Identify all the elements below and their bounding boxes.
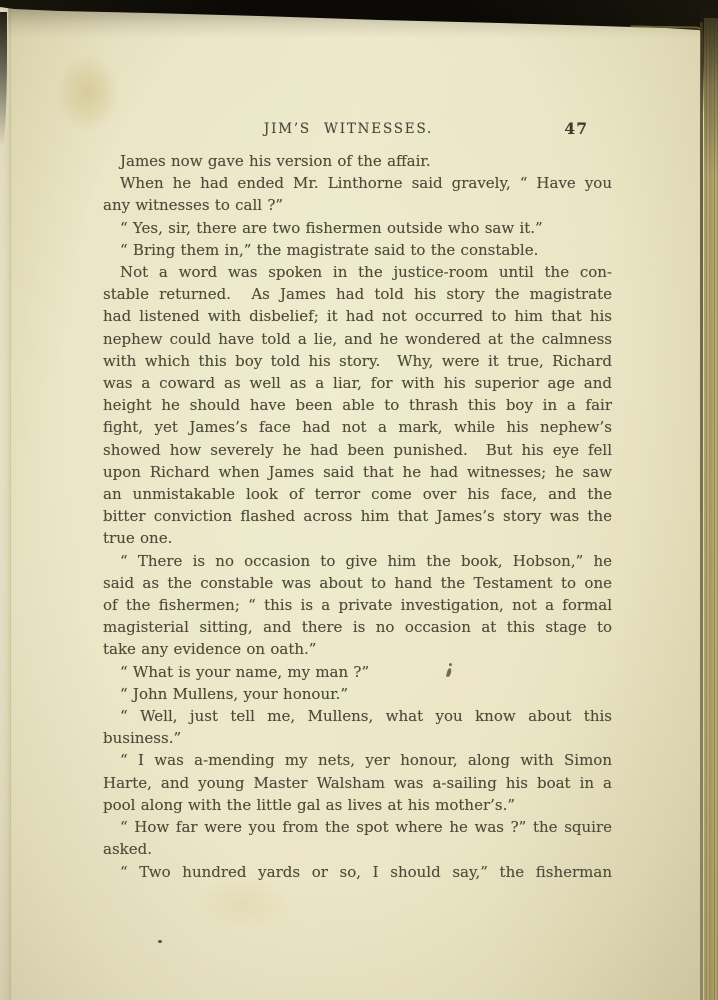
- text-line: fight, yet James’s face had not a mark, …: [103, 416, 612, 438]
- page-corner-highlight: [629, 25, 710, 86]
- text-line: any witnesses to call ?”: [103, 194, 612, 216]
- text-line: upon Richard when James said that he had…: [103, 461, 612, 483]
- page-left-edge: [0, 0, 11, 1000]
- text-line: was a coward as well as a liar, for with…: [103, 372, 612, 394]
- text-line: “ How far were you from the spot where h…: [103, 816, 612, 838]
- text-line: James now gave his version of the affair…: [103, 150, 612, 172]
- text-line: bitter conviction flashed across him tha…: [103, 505, 612, 527]
- text-line: “ Well, just tell me, Mullens, what you …: [103, 705, 612, 727]
- text-line: showed how severely he had been punished…: [103, 439, 612, 461]
- text-line: magisterial sitting, and there is no occ…: [103, 616, 612, 638]
- text-line: “ Two hundred yards or so, I should say,…: [103, 861, 612, 883]
- text-line: pool along with the little gal as lives …: [103, 794, 612, 816]
- ink-speck: [158, 940, 162, 943]
- book-fore-edge: [704, 18, 718, 1000]
- running-head-title: JIM’S WITNESSES.: [94, 121, 603, 137]
- text-line: nephew could have told a lie, and he won…: [103, 328, 612, 350]
- text-line: stable returned. As James had told his s…: [103, 283, 612, 305]
- text-line: “ I was a-mending my nets, yer honour, a…: [103, 749, 612, 771]
- page-right-edge-line: [700, 22, 703, 1000]
- text-line: with which this boy told his story. Why,…: [103, 350, 612, 372]
- text-line: true one.: [103, 527, 612, 549]
- text-line: Not a word was spoken in the justice-roo…: [103, 261, 612, 283]
- text-line: When he had ended Mr. Linthorne said gra…: [103, 172, 612, 194]
- text-line: “ Yes, sir, there are two fishermen outs…: [103, 217, 612, 239]
- text-line: business.”: [103, 727, 612, 749]
- text-line: “ John Mullens, your honour.”: [103, 683, 612, 705]
- text-line: height he should have been able to thras…: [103, 394, 612, 416]
- text-line: had listened with disbelief; it had not …: [103, 305, 612, 327]
- paper-stain-faint: [196, 876, 292, 930]
- text-line: “ What is your name, my man ?”: [103, 661, 612, 683]
- text-line: said as the constable was about to hand …: [103, 572, 612, 594]
- text-line: “ Bring them in,” the magistrate said to…: [103, 239, 612, 261]
- text-line: an unmistakable look of terror come over…: [103, 483, 612, 505]
- text-line: take any evidence on oath.”: [103, 638, 612, 660]
- text-line: asked.: [103, 838, 612, 860]
- text-line: Harte, and young Master Walsham was a-sa…: [103, 772, 612, 794]
- text-line: “ There is no occasion to give him the b…: [103, 550, 612, 572]
- text-line: of the fishermen; “ this is a private in…: [103, 594, 612, 616]
- text-block: James now gave his version of the affair…: [103, 150, 612, 883]
- page-header: JIM’S WITNESSES. 47: [103, 121, 612, 141]
- book-page-scan: JIM’S WITNESSES. 47 James now gave his v…: [0, 0, 718, 1000]
- page-number: 47: [564, 119, 588, 138]
